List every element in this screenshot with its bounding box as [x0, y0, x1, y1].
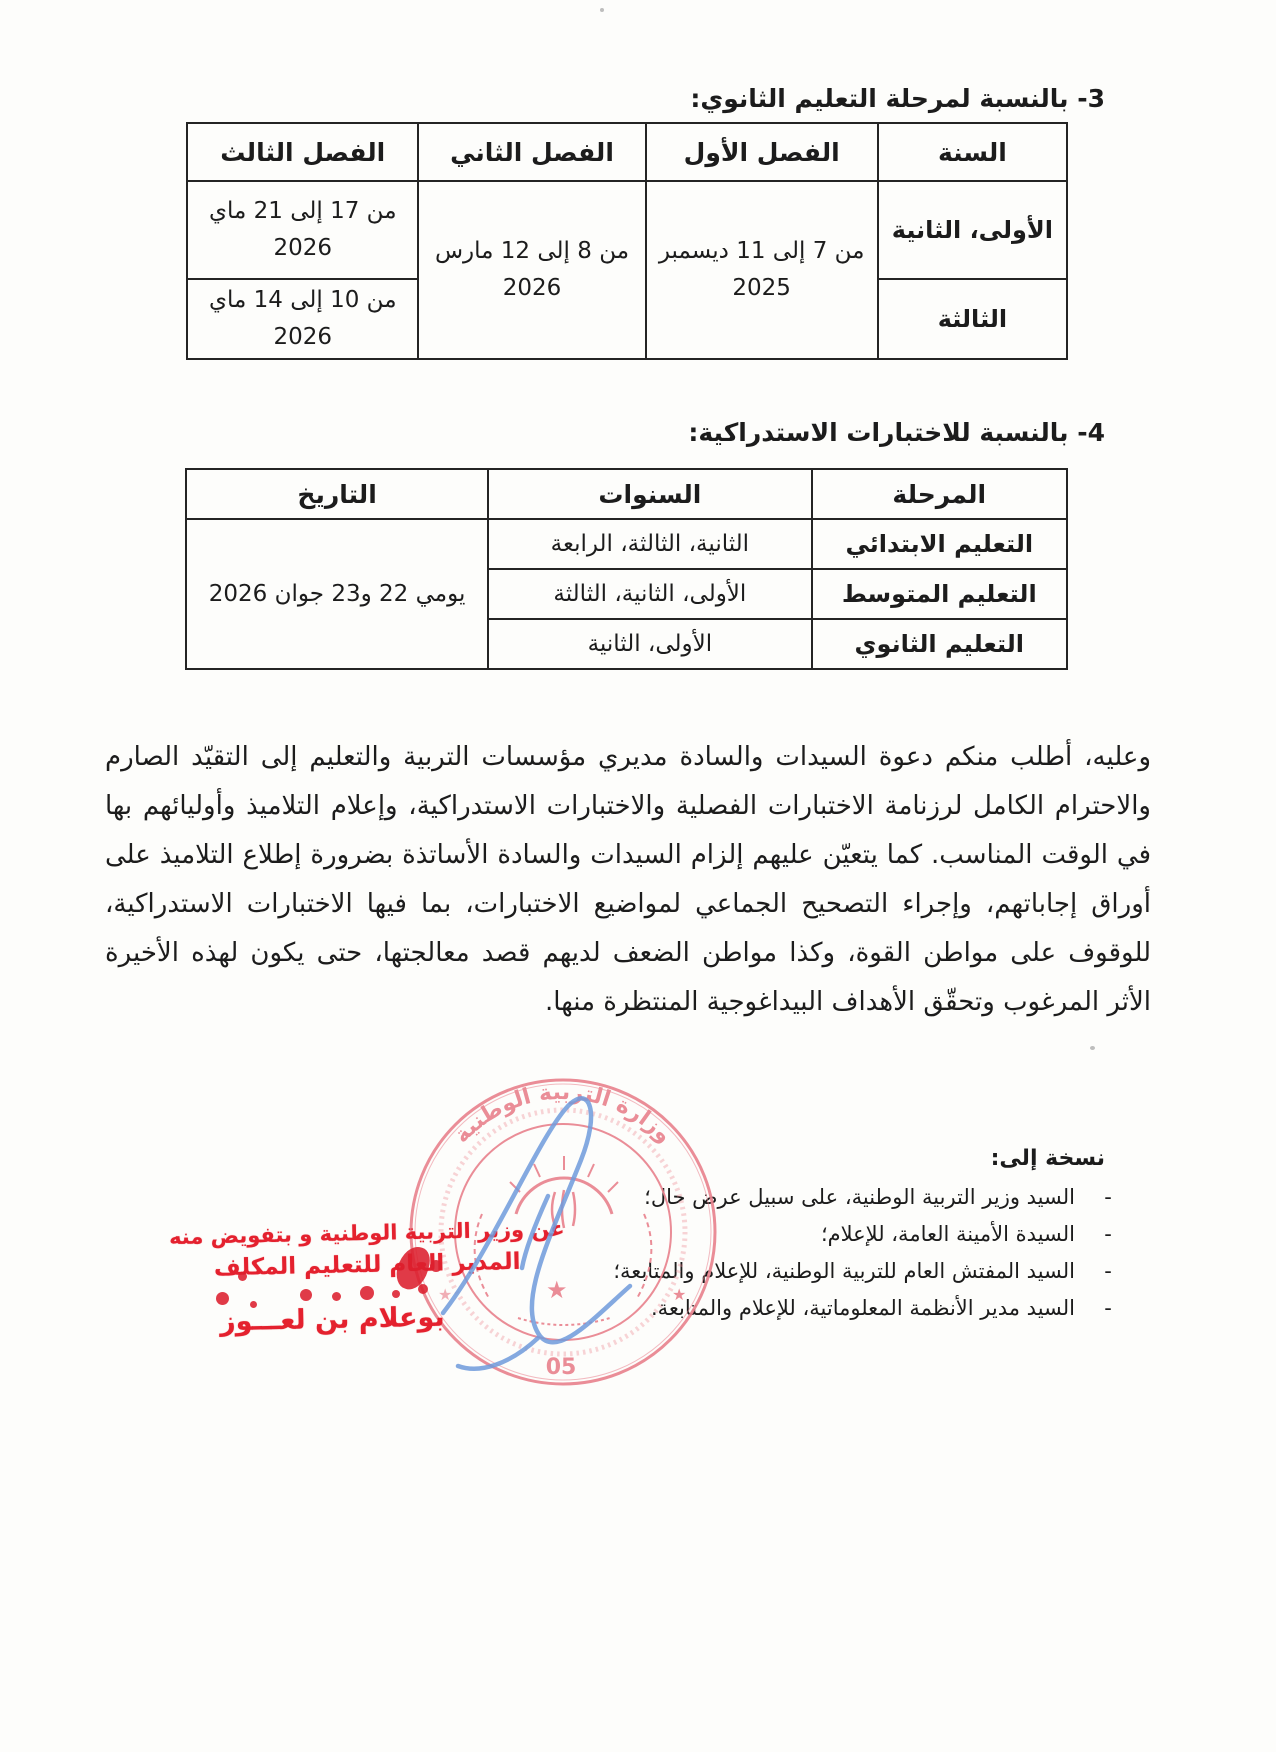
table-header-row: المرحلة السنوات التاريخ [186, 469, 1067, 519]
header-years: السنوات [488, 469, 811, 519]
year-cell: الثالثة [878, 279, 1067, 359]
scan-artifact [600, 8, 604, 12]
scanned-document-page: 3- بالنسبة لمرحلة التعليم الثانوي: السنة… [0, 0, 1276, 1752]
secondary-terms-table: السنة الفصل الأول الفصل الثاني الفصل الث… [186, 122, 1068, 360]
header-first-term: الفصل الأول [646, 123, 878, 181]
first-term-dates-cell: من 7 إلى 11 ديسمبر 2025 [646, 181, 878, 359]
third-term-dates-cell: من 17 إلى 21 ماي 2026 [187, 181, 418, 279]
years-cell: الأولى، الثانية [488, 619, 811, 669]
stage-cell: التعليم الابتدائي [812, 519, 1067, 569]
ink-splatter [360, 1286, 374, 1300]
header-year: السنة [878, 123, 1067, 181]
dash-bullet: - [1101, 1290, 1115, 1327]
dash-bullet: - [1101, 1253, 1115, 1290]
header-stage: المرحلة [812, 469, 1067, 519]
body-paragraph: وعليه، أطلب منكم دعوة السيدات والسادة مد… [105, 733, 1151, 1027]
ink-splatter [250, 1301, 257, 1308]
second-term-dates-cell: من 8 إلى 12 مارس 2026 [418, 181, 645, 359]
year-cell: الأولى، الثانية [878, 181, 1067, 279]
header-second-term: الفصل الثاني [418, 123, 645, 181]
ink-splatter [238, 1272, 247, 1281]
ink-splatter [300, 1289, 312, 1301]
dash-bullet: - [1101, 1179, 1115, 1216]
section-4-heading: 4- بالنسبة للاختبارات الاستدراكية: [688, 418, 1105, 447]
third-term-dates-cell: من 10 إلى 14 ماي 2026 [187, 279, 418, 359]
section-3-heading: 3- بالنسبة لمرحلة التعليم الثانوي: [690, 84, 1105, 113]
ink-splatter [216, 1292, 229, 1305]
years-cell: الثانية، الثالثة، الرابعة [488, 519, 811, 569]
years-cell: الأولى، الثانية، الثالثة [488, 569, 811, 619]
handwritten-signature [398, 1078, 728, 1398]
ink-splatter [332, 1292, 341, 1301]
list-item-text: السيدة الأمينة العامة، للإعلام؛ [821, 1216, 1075, 1253]
stage-cell: التعليم المتوسط [812, 569, 1067, 619]
table-row: الأولى، الثانية من 7 إلى 11 ديسمبر 2025 … [187, 181, 1067, 279]
stage-cell: التعليم الثانوي [812, 619, 1067, 669]
table-row: التعليم الابتدائي الثانية، الثالثة، الرا… [186, 519, 1067, 569]
header-date: التاريخ [186, 469, 488, 519]
scan-artifact [1090, 1046, 1095, 1050]
header-third-term: الفصل الثالث [187, 123, 418, 181]
table-header-row: السنة الفصل الأول الفصل الثاني الفصل الث… [187, 123, 1067, 181]
remedial-exams-table: المرحلة السنوات التاريخ التعليم الابتدائ… [185, 468, 1068, 670]
date-cell: يومي 22 و23 جوان 2026 [186, 519, 488, 669]
dash-bullet: - [1101, 1216, 1115, 1253]
